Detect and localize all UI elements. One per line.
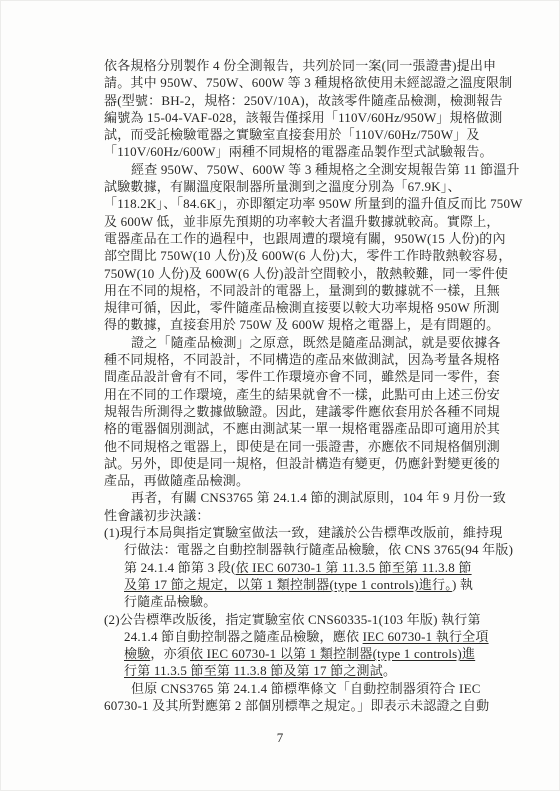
text-segment: 24.1.4 節自動控制器之隨產品檢驗，應依 xyxy=(124,629,363,644)
text-line: 60730-1 及其所對應第 2 部個別標準之規定。」即表示未認證之自動 xyxy=(104,697,486,714)
text-segment: (1)現行本局與指定實驗室做法一致，建議於公告標準改版前，維持現 xyxy=(104,525,503,540)
text-segment: IEC 60730-1 執行全項 xyxy=(363,629,489,644)
text-segment: 及 600W 低，並非原先預期的功率較大者溫升數據就較高。實際上， xyxy=(104,214,500,229)
text-segment: 。 xyxy=(383,663,396,678)
text-line: 依各規格分別製作 4 份全測報告，共列於同一案(同一張證書)提出申 xyxy=(104,57,486,74)
text-segment: ) 執 xyxy=(452,577,473,592)
text-segment: 電器產品在工作的過程中，也跟周遭的環境有關，950W(15 人份)的內 xyxy=(104,231,506,246)
text-line: 產品，再做隨產品檢測。 xyxy=(104,472,486,489)
text-segment: 編號為 15-04-VAF-028，該報告僅採用「110V/60Hz/950W」… xyxy=(104,110,502,125)
text-line: 種不同規格，不同設計，不同構造的產品來做測試，因為考量各規格 xyxy=(104,351,486,368)
document-page: 依各規格分別製作 4 份全測報告，共列於同一案(同一張證書)提出申請。其中 95… xyxy=(0,0,560,791)
text-line: (2)公告標準改版後，指定實驗室依 CNS60335-1(103 年版) 執行第 xyxy=(104,611,486,628)
text-line: 檢驗，亦須依 IEC 60730-1 以第 1 類控制器(type 1 cont… xyxy=(104,645,486,662)
text-line: 行第 11.3.5 節至第 11.3.8 節及第 17 節之測試。 xyxy=(104,662,486,679)
text-line: 規律可循，因此，零件隨產品檢測直接要以較大功率規格 950W 所測 xyxy=(104,299,486,316)
text-segment: 依各規格分別製作 4 份全測報告，共列於同一案(同一張證書)提出申 xyxy=(104,58,496,73)
text-line: 行隨產品檢驗。 xyxy=(104,593,486,610)
text-segment: 經查 950W、750W、600W 等 3 種規格之全測安規報告第 11 節溫升 xyxy=(131,162,520,177)
text-segment: 器(型號：BH-2，規格：250V/10A)，故該零件隨產品檢測，檢測報告 xyxy=(104,93,503,108)
text-segment: 750W(10 人份)及 600W(6 人份)設計空間較小，散熱較難，同一零件使 xyxy=(104,266,508,281)
text-line: 用在不同的工作環境，產生的結果就會不一樣，此點可由上述三份安 xyxy=(104,386,486,403)
text-segment: 但原 CNS3765 第 24.1.4 節標準條文「自動控制器須符合 IEC xyxy=(131,681,481,696)
text-line: 性會議初步決議： xyxy=(104,507,486,524)
text-line: 證之「隨產品檢測」之原意，既然是隨產品測試，就是要依據各 xyxy=(104,334,486,351)
text-segment: 再者，有關 CNS3765 第 24.1.4 節的測試原則，104 年 9 月份… xyxy=(131,490,506,505)
text-segment: 證之「隨產品檢測」之原意，既然是隨產品測試，就是要依據各 xyxy=(131,335,501,350)
text-segment: 用在不同的工作環境，產生的結果就會不一樣，此點可由上述三份安 xyxy=(104,387,500,402)
text-line: 試，而受託檢驗電器之實驗室直接套用於「110V/60Hz/750W」及 xyxy=(104,126,486,143)
text-line: 器(型號：BH-2，規格：250V/10A)，故該零件隨產品檢測，檢測報告 xyxy=(104,92,486,109)
page-number: 7 xyxy=(0,730,560,746)
text-segment: 行隨產品檢驗。 xyxy=(124,594,216,609)
text-segment: 格的電器個別測試，不應由測試某一單一規格電器產品即可適用於其 xyxy=(104,421,500,436)
text-segment: 性會議初步決議： xyxy=(104,508,210,523)
text-segment: (2)公告標準改版後，指定實驗室依 CNS60335-1(103 年版) 執行第 xyxy=(104,612,481,627)
text-line: 編號為 15-04-VAF-028，該報告僅採用「110V/60Hz/950W」… xyxy=(104,109,486,126)
text-line: 試。另外，即使是同一規格，但設計構造有變更，仍應針對變更後的 xyxy=(104,455,486,472)
text-segment: 試，而受託檢驗電器之實驗室直接套用於「110V/60Hz/750W」及 xyxy=(104,127,480,142)
text-segment: 產品，再做隨產品檢測。 xyxy=(104,473,249,488)
text-segment: 及第 17 節之規定，以第 1 類控制器(type 1 controls)進行。 xyxy=(124,577,452,592)
text-line: 他不同規格之電器上，即使是在同一張證書，亦應依不同規格個別測 xyxy=(104,438,486,455)
text-segment: 「110V/60Hz/600W」兩種不同規格的電器產品製作型式試驗報告。 xyxy=(104,144,493,159)
text-line: 用在不同的規格，不同設計的電器上，量測到的數據就不一樣，且無 xyxy=(104,282,486,299)
text-segment: 種不同規格，不同設計，不同構造的產品來做測試，因為考量各規格 xyxy=(104,352,500,367)
text-line: 24.1.4 節自動控制器之隨產品檢驗，應依 IEC 60730-1 執行全項 xyxy=(104,628,486,645)
text-segment: 依 IEC 60730-1 第 11.3.5 節至第 11.3.8 節 xyxy=(236,560,472,575)
text-line: 再者，有關 CNS3765 第 24.1.4 節的測試原則，104 年 9 月份… xyxy=(104,489,486,506)
text-segment: 間產品設計會有不同，零件工作環境亦會不同，雖然是同一零件，套 xyxy=(104,369,500,384)
text-segment: 檢驗 xyxy=(124,646,150,661)
text-segment: 請。其中 950W、750W、600W 等 3 種規格欲使用未經認證之溫度限制 xyxy=(104,75,512,90)
document-body: 依各規格分別製作 4 份全測報告，共列於同一案(同一張證書)提出申請。其中 95… xyxy=(104,57,486,714)
text-line: (1)現行本局與指定實驗室做法一致，建議於公告標準改版前，維持現 xyxy=(104,524,486,541)
text-line: 及第 17 節之規定，以第 1 類控制器(type 1 controls)進行。… xyxy=(104,576,486,593)
text-segment: 部空間比 750W(10 人份)及 600W(6 人份)大，零件工作時散熱較容易… xyxy=(104,248,512,263)
text-line: 規報告所測得之數據做驗證。因此，建議零件應依套用於各種不同規 xyxy=(104,403,486,420)
text-line: 間產品設計會有不同，零件工作環境亦會不同，雖然是同一零件，套 xyxy=(104,368,486,385)
text-line: 試驗數據，有關溫度限制器所量測到之溫度分別為「67.9K」、 xyxy=(104,178,486,195)
text-line: 第 24.1.4 節第 3 段(依 IEC 60730-1 第 11.3.5 節… xyxy=(104,559,486,576)
text-segment: 用在不同的規格，不同設計的電器上，量測到的數據就不一樣，且無 xyxy=(104,283,500,298)
text-line: 「118.2K」、「84.6K」，亦即額定功率 950W 所量到的溫升值反而比 … xyxy=(104,195,486,212)
text-segment: 試驗數據，有關溫度限制器所量測到之溫度分別為「67.9K」、 xyxy=(104,179,461,194)
text-segment: 60730-1 及其所對應第 2 部個別標準之規定。」即表示未認證之自動 xyxy=(104,698,489,713)
text-segment: 他不同規格之電器上，即使是在同一張證書，亦應依不同規格個別測 xyxy=(104,439,500,454)
text-line: 得的數據，直接套用於 750W 及 600W 規格之電器上，是有問題的。 xyxy=(104,316,486,333)
text-segment: 依 IEC 60730-1 以第 1 類控制器(type 1 controls)… xyxy=(190,646,475,661)
text-segment: 試。另外，即使是同一規格，但設計構造有變更，仍應針對變更後的 xyxy=(104,456,500,471)
text-segment: 第 24.1.4 節第 3 段( xyxy=(124,560,236,575)
text-segment: 行做法：電器之自動控制器執行隨產品檢驗，依 CNS 3765(94 年版) xyxy=(124,542,513,557)
text-line: 經查 950W、750W、600W 等 3 種規格之全測安規報告第 11 節溫升 xyxy=(104,161,486,178)
text-line: 及 600W 低，並非原先預期的功率較大者溫升數據就較高。實際上， xyxy=(104,213,486,230)
text-line: 電器產品在工作的過程中，也跟周遭的環境有關，950W(15 人份)的內 xyxy=(104,230,486,247)
text-segment: 規律可循，因此，零件隨產品檢測直接要以較大功率規格 950W 所測 xyxy=(104,300,500,315)
text-line: 行做法：電器之自動控制器執行隨產品檢驗，依 CNS 3765(94 年版) xyxy=(104,541,486,558)
text-line: 格的電器個別測試，不應由測試某一單一規格電器產品即可適用於其 xyxy=(104,420,486,437)
text-segment: 規報告所測得之數據做驗證。因此，建議零件應依套用於各種不同規 xyxy=(104,404,500,419)
text-segment: 「118.2K」、「84.6K」，亦即額定功率 950W 所量到的溫升值反而比 … xyxy=(104,196,523,211)
text-line: 請。其中 950W、750W、600W 等 3 種規格欲使用未經認證之溫度限制 xyxy=(104,74,486,91)
text-line: 部空間比 750W(10 人份)及 600W(6 人份)大，零件工作時散熱較容易… xyxy=(104,247,486,264)
text-line: 750W(10 人份)及 600W(6 人份)設計空間較小，散熱較難，同一零件使 xyxy=(104,265,486,282)
text-line: 但原 CNS3765 第 24.1.4 節標準條文「自動控制器須符合 IEC xyxy=(104,680,486,697)
text-segment: 得的數據，直接套用於 750W 及 600W 規格之電器上，是有問題的。 xyxy=(104,317,499,332)
text-segment: 行第 11.3.5 節至第 11.3.8 節及第 17 節之測試 xyxy=(124,663,383,678)
text-line: 「110V/60Hz/600W」兩種不同規格的電器產品製作型式試驗報告。 xyxy=(104,143,486,160)
text-segment: ，亦須 xyxy=(150,646,190,661)
